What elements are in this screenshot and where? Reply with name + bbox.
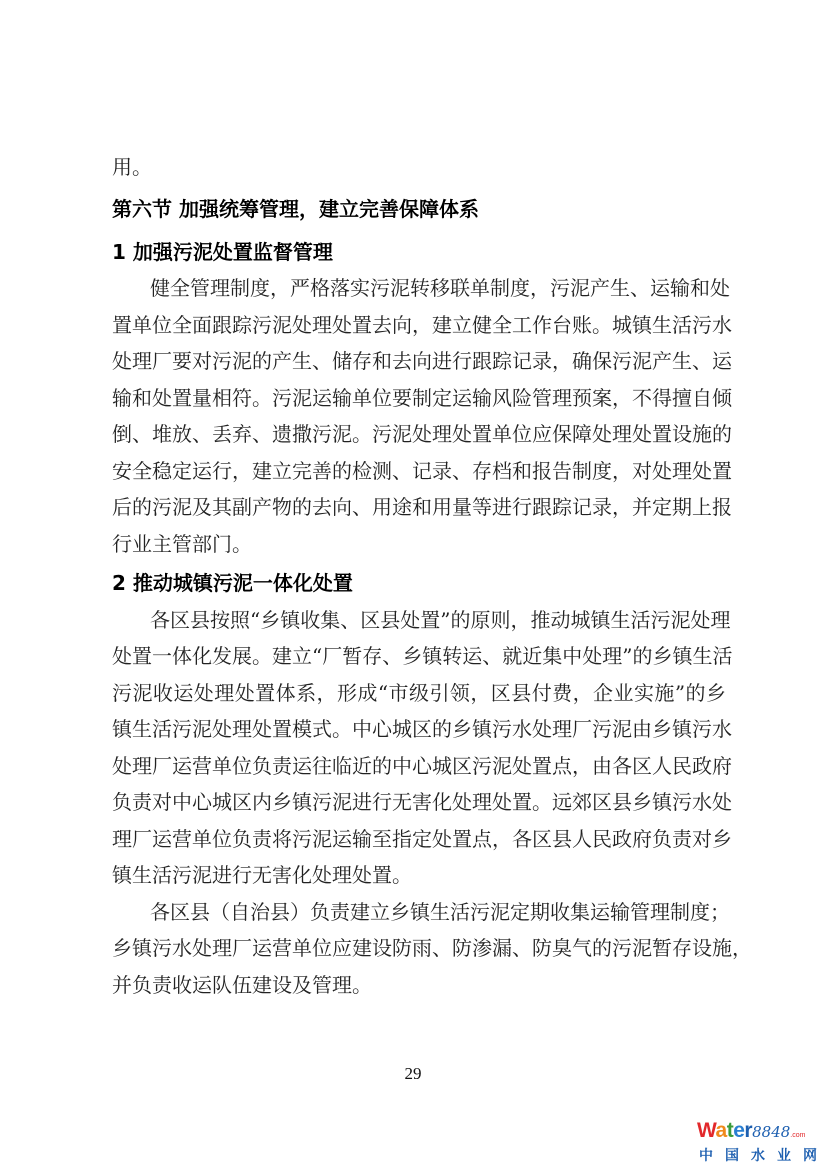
body-line: 处置一体化发展。建立“厂暂存、乡镇转运、就近集中处理”的乡镇生活 [112,641,726,671]
logo-number: 8848 [752,1123,790,1141]
body-line: 后的污泥及其副产物的去向、用途和用量等进行跟踪记录，并定期上报 [112,492,726,522]
body-line: 负责对中心城区内乡镇污泥进行无害化处理处置。远郊区县乡镇污水处 [112,787,726,817]
subsection-title-1: 1 加强污泥处置监督管理 [112,236,333,268]
document-page: 用。 第六节 加强统筹管理，建立完善保障体系 1 加强污泥处置监督管理 健全管理… [0,0,826,1169]
logo-letter: a [716,1119,727,1142]
logo-letter: W [697,1119,716,1142]
body-line: 各区县（自治县）负责建立乡镇生活污泥定期收集运输管理制度； [150,897,726,927]
body-line: 处理厂运营单位负责运往临近的中心城区污泥处置点，由各区人民政府 [112,751,726,781]
body-line: 并负责收运队伍建设及管理。 [112,970,726,1000]
body-line: 污泥收运处理处置体系，形成“市级引领，区县付费，企业实施”的乡 [112,678,726,708]
paragraph-tail: 用。 [112,152,726,182]
subsection-title-2: 2 推动城镇污泥一体化处置 [112,567,353,599]
page-number: 29 [0,1064,826,1084]
logo-domain: .com [790,1132,805,1139]
logo-wordmark: Water8848.com [697,1120,819,1147]
section-title: 第六节 加强统筹管理，建立完善保障体系 [112,193,479,225]
water8848-logo: Water8848.com 中国水业网 [697,1120,819,1162]
body-line: 倒、堆放、丢弃、遗撒污泥。污泥处理处置单位应保障处理处置设施的 [112,419,726,449]
body-line: 镇生活污泥进行无害化处理处置。 [112,860,726,890]
body-line: 镇生活污泥处理处置模式。中心城区的乡镇污水处理厂污泥由乡镇污水 [112,714,726,744]
logo-letter: r [744,1119,752,1142]
body-line: 行业主管部门。 [112,529,726,559]
logo-letter: e [733,1119,744,1142]
body-line: 健全管理制度，严格落实污泥转移联单制度，污泥产生、运输和处 [150,273,726,303]
body-line: 置单位全面跟踪污泥处理处置去向，建立健全工作台账。城镇生活污水 [112,310,726,340]
body-line: 各区县按照“乡镇收集、区县处置”的原则，推动城镇生活污泥处理 [150,605,726,635]
body-line: 理厂运营单位负责将污泥运输至指定处置点，各区县人民政府负责对乡 [112,824,726,854]
body-line: 安全稳定运行，建立完善的检测、记录、存档和报告制度，对处理处置 [112,456,726,486]
logo-tagline: 中国水业网 [697,1147,819,1165]
body-line: 处理厂要对污泥的产生、储存和去向进行跟踪记录，确保污泥产生、运 [112,346,726,376]
body-line: 输和处置量相符。污泥运输单位要制定运输风险管理预案，不得擅自倾 [112,383,726,413]
body-line: 乡镇污水处理厂运营单位应建设防雨、防渗漏、防臭气的污泥暂存设施， [112,933,726,963]
